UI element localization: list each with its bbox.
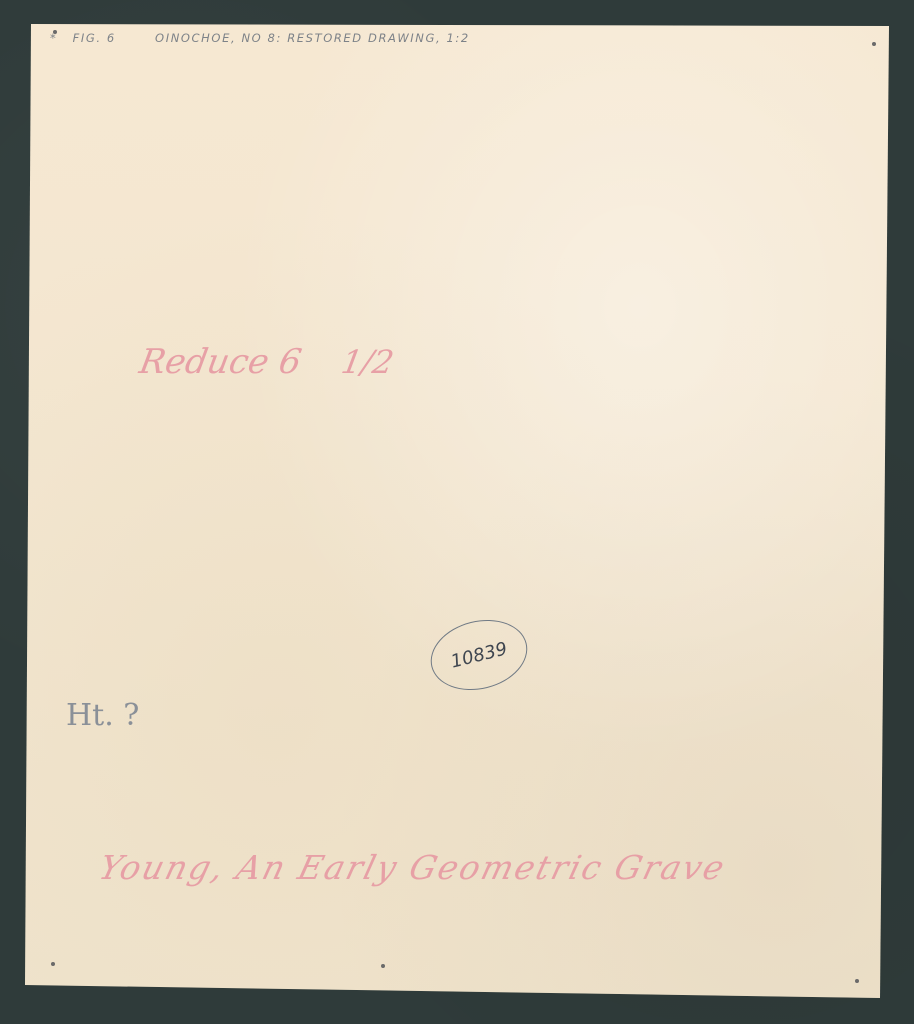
pin-hole bbox=[855, 979, 859, 983]
figure-caption: * FIG. 6 OINOCHOE, NO 8: RESTORED DRAWIN… bbox=[50, 31, 470, 45]
pin-hole bbox=[872, 42, 876, 46]
attribution-note: Young, An Early Geometric Grave bbox=[95, 848, 730, 887]
reduce-text: Reduce 6 bbox=[136, 342, 304, 382]
pin-hole bbox=[381, 964, 385, 968]
reduce-fraction: 1/2 bbox=[338, 343, 396, 381]
figure-number: FIG. 6 bbox=[73, 31, 116, 45]
photo-mount-paper: * FIG. 6 OINOCHOE, NO 8: RESTORED DRAWIN… bbox=[0, 0, 914, 1024]
caption-text: OINOCHOE, NO 8: RESTORED DRAWING, 1:2 bbox=[155, 31, 470, 45]
height-note: Ht. ? bbox=[66, 698, 139, 733]
pin-hole bbox=[51, 962, 55, 966]
catalog-number-circled: 10839 bbox=[423, 610, 535, 700]
catalog-number: 10839 bbox=[449, 638, 510, 672]
pin-hole bbox=[53, 30, 57, 34]
reduce-instruction: Reduce 6 1/2 bbox=[136, 342, 396, 382]
